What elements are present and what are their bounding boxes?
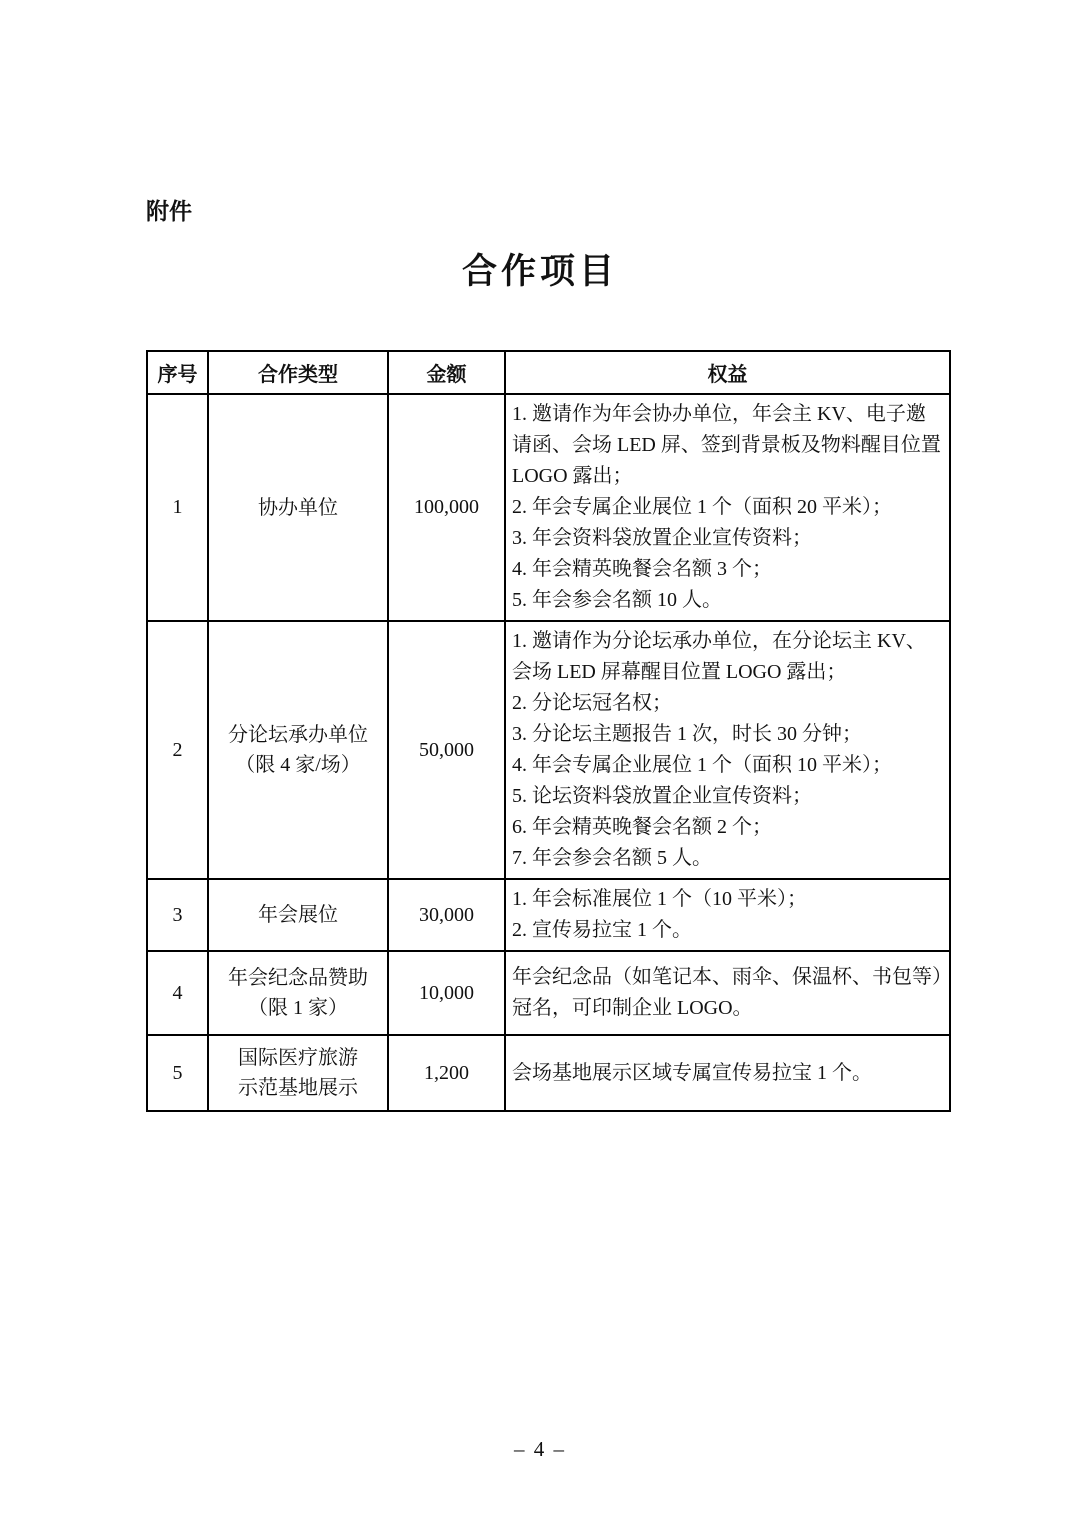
cell-rights: 1. 年会标准展位 1 个（10 平米）； 2. 宣传易拉宝 1 个。 bbox=[505, 879, 950, 951]
table-row: 1 协办单位 100,000 1. 邀请作为年会协办单位，年会主 KV、电子邀请… bbox=[147, 394, 950, 621]
page-number: – 4 – bbox=[0, 1437, 1080, 1462]
rights-item: 2. 宣传易拉宝 1 个。 bbox=[512, 915, 943, 946]
header-amount: 金额 bbox=[388, 351, 505, 394]
rights-item: 3. 分论坛主题报告 1 次，时长 30 分钟； bbox=[512, 719, 943, 750]
rights-item: 会场基地展示区域专属宣传易拉宝 1 个。 bbox=[512, 1058, 943, 1089]
cell-amount: 10,000 bbox=[388, 951, 505, 1035]
rights-item: 5. 论坛资料袋放置企业宣传资料； bbox=[512, 781, 943, 812]
cell-amount: 1,200 bbox=[388, 1035, 505, 1111]
cell-no: 3 bbox=[147, 879, 208, 951]
rights-item: 3. 年会资料袋放置企业宣传资料； bbox=[512, 523, 943, 554]
cell-rights: 1. 邀请作为年会协办单位，年会主 KV、电子邀请函、会场 LED 屏、签到背景… bbox=[505, 394, 950, 621]
table-header-row: 序号 合作类型 金额 权益 bbox=[147, 351, 950, 394]
cell-rights: 会场基地展示区域专属宣传易拉宝 1 个。 bbox=[505, 1035, 950, 1111]
cell-type: 国际医疗旅游 示范基地展示 bbox=[208, 1035, 388, 1111]
cell-type: 年会展位 bbox=[208, 879, 388, 951]
cell-type: 年会纪念品赞助 （限 1 家） bbox=[208, 951, 388, 1035]
table-row: 3 年会展位 30,000 1. 年会标准展位 1 个（10 平米）； 2. 宣… bbox=[147, 879, 950, 951]
document-page: 附件 合作项目 序号 合作类型 金额 权益 1 协办单位 100,000 1. … bbox=[0, 196, 1080, 1462]
rights-item: 7. 年会参会名额 5 人。 bbox=[512, 843, 943, 874]
cell-amount: 100,000 bbox=[388, 394, 505, 621]
rights-item: 4. 年会精英晚餐会名额 3 个； bbox=[512, 554, 943, 585]
page-title: 合作项目 bbox=[0, 250, 1080, 294]
rights-item: 5. 年会参会名额 10 人。 bbox=[512, 585, 943, 616]
header-type: 合作类型 bbox=[208, 351, 388, 394]
rights-item: 1. 邀请作为年会协办单位，年会主 KV、电子邀请函、会场 LED 屏、签到背景… bbox=[512, 399, 943, 492]
header-rights: 权益 bbox=[505, 351, 950, 394]
table-row: 2 分论坛承办单位 （限 4 家/场） 50,000 1. 邀请作为分论坛承办单… bbox=[147, 621, 950, 879]
header-no: 序号 bbox=[147, 351, 208, 394]
table-row: 5 国际医疗旅游 示范基地展示 1,200 会场基地展示区域专属宣传易拉宝 1 … bbox=[147, 1035, 950, 1111]
rights-item: 年会纪念品（如笔记本、雨伞、保温杯、书包等）冠名，可印制企业 LOGO。 bbox=[512, 962, 943, 1024]
cell-rights: 1. 邀请作为分论坛承办单位，在分论坛主 KV、会场 LED 屏幕醒目位置 LO… bbox=[505, 621, 950, 879]
cell-amount: 50,000 bbox=[388, 621, 505, 879]
cell-no: 5 bbox=[147, 1035, 208, 1111]
cell-no: 4 bbox=[147, 951, 208, 1035]
rights-item: 1. 年会标准展位 1 个（10 平米）； bbox=[512, 884, 943, 915]
cooperation-table: 序号 合作类型 金额 权益 1 协办单位 100,000 1. 邀请作为年会协办… bbox=[146, 350, 951, 1112]
rights-item: 1. 邀请作为分论坛承办单位，在分论坛主 KV、会场 LED 屏幕醒目位置 LO… bbox=[512, 626, 943, 688]
cell-amount: 30,000 bbox=[388, 879, 505, 951]
rights-item: 2. 年会专属企业展位 1 个（面积 20 平米）； bbox=[512, 492, 943, 523]
rights-item: 4. 年会专属企业展位 1 个（面积 10 平米）； bbox=[512, 750, 943, 781]
cell-no: 2 bbox=[147, 621, 208, 879]
cell-type: 分论坛承办单位 （限 4 家/场） bbox=[208, 621, 388, 879]
rights-item: 2. 分论坛冠名权； bbox=[512, 688, 943, 719]
cell-type: 协办单位 bbox=[208, 394, 388, 621]
cell-no: 1 bbox=[147, 394, 208, 621]
rights-item: 6. 年会精英晚餐会名额 2 个； bbox=[512, 812, 943, 843]
table-row: 4 年会纪念品赞助 （限 1 家） 10,000 年会纪念品（如笔记本、雨伞、保… bbox=[147, 951, 950, 1035]
cell-rights: 年会纪念品（如笔记本、雨伞、保温杯、书包等）冠名，可印制企业 LOGO。 bbox=[505, 951, 950, 1035]
attachment-label: 附件 bbox=[146, 196, 1080, 226]
